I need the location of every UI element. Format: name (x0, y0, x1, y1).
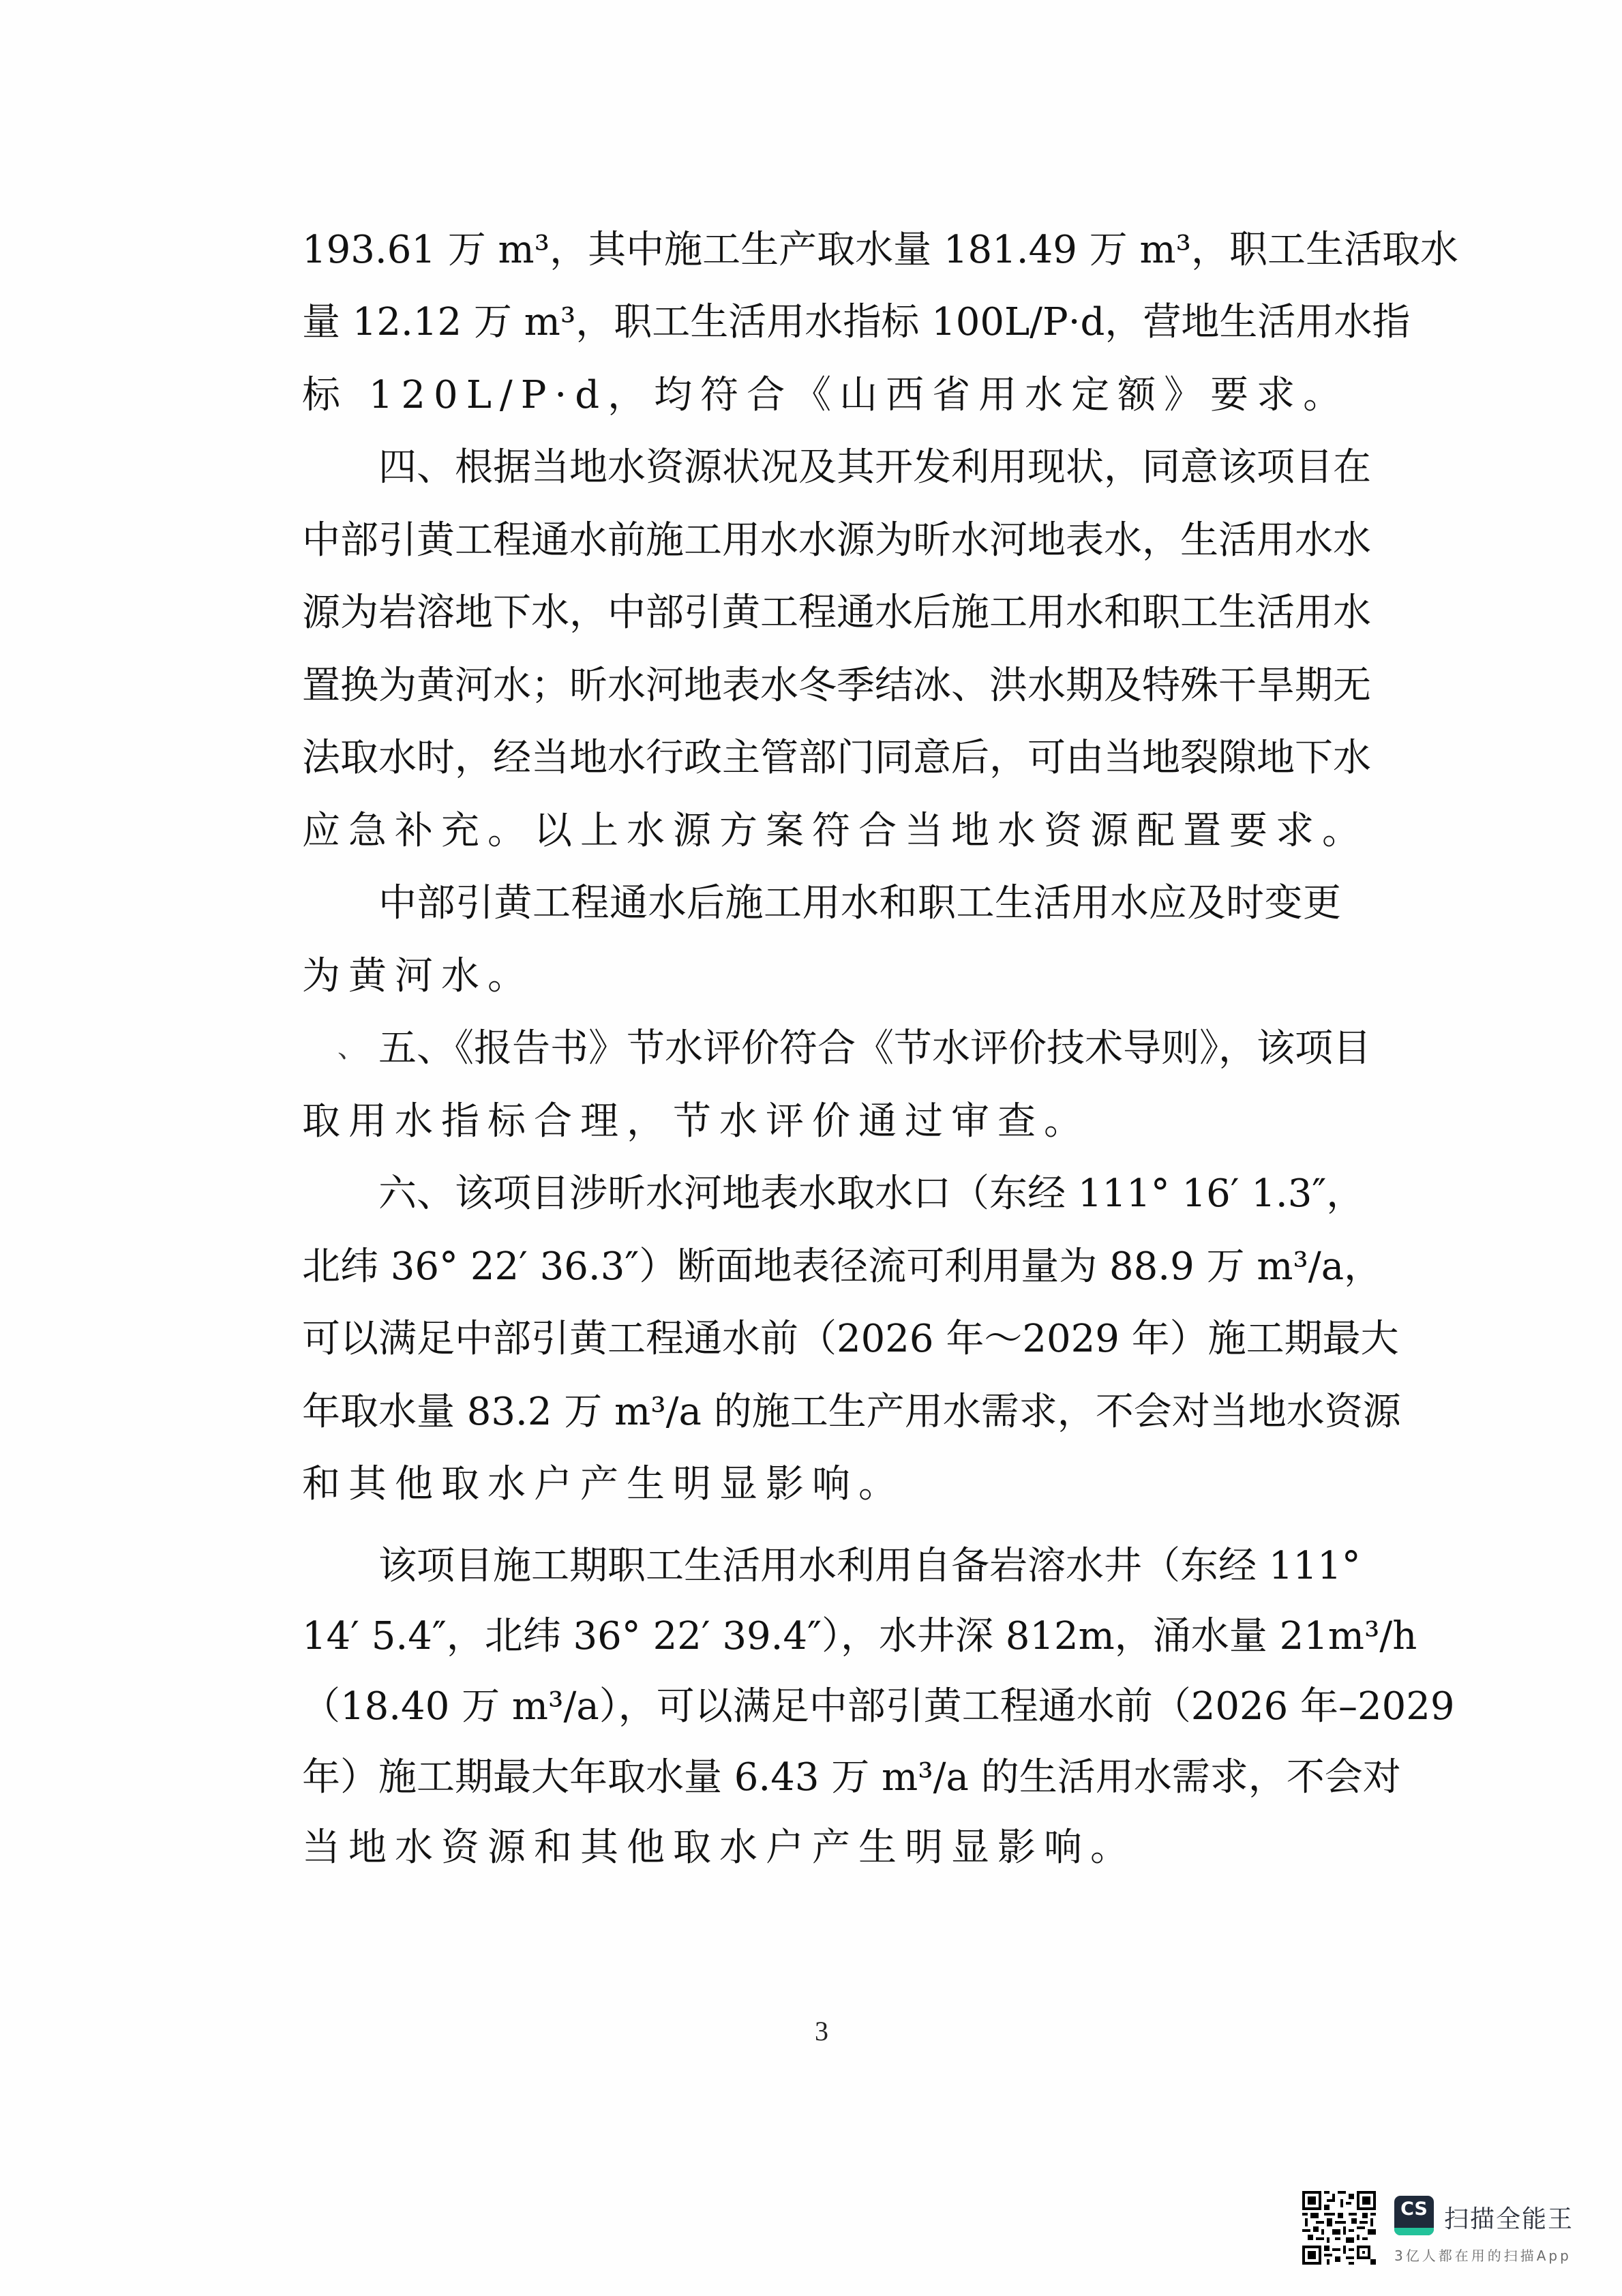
text-line-22: 年）施工期最大年取水量 6.43 万 m³/a 的生活用水需求，不会对 (302, 1750, 1341, 1805)
text-line-6: 源为岩溶地下水，中部引黄工程通水后施工用水和职工生活用水 (302, 586, 1341, 640)
text-line-11: 为黄河水。 (302, 949, 1341, 1004)
text-line-23: 当地水资源和其他取水户产生明显影响。 (302, 1821, 1341, 1875)
text-line-21: （18.40 万 m³/a），可以满足中部引黄工程通水前（2026 年–2029 (302, 1680, 1341, 1734)
text-line-10: 中部引黄工程通水后施工用水和职工生活用水应及时变更 (378, 876, 1341, 931)
text-line-16: 可以满足中部引黄工程通水前（2026 年～2029 年）施工期最大 (302, 1312, 1341, 1367)
scanned-page: 193.61 万 m³，其中施工生产取水量 181.49 万 m³，职工生活取水… (0, 0, 1622, 2296)
text-line-8: 法取水时，经当地水行政主管部门同意后，可由当地裂隙地下水 (302, 731, 1341, 786)
text-line-7: 置换为黄河水；昕水河地表水冬季结冰、洪水期及特殊干旱期无 (302, 659, 1341, 713)
text-line-3: 标 120L/P·d，均符合《山西省用水定额》要求。 (302, 368, 1341, 423)
qr-code-icon (1302, 2191, 1376, 2265)
logo-accent-bar (1394, 2228, 1434, 2235)
watermark-title: 扫描全能王 (1444, 2200, 1574, 2235)
stray-mark: 、 (337, 1026, 365, 1065)
text-line-2: 量 12.12 万 m³，职工生活用水指标 100L/P·d，营地生活用水指 (302, 295, 1341, 350)
page-number: 3 (815, 2015, 828, 2047)
text-line-15: 北纬 36° 22′ 36.3″）断面地表径流可利用量为 88.9 万 m³/a… (302, 1240, 1341, 1294)
text-line-1: 193.61 万 m³，其中施工生产取水量 181.49 万 m³，职工生活取水 (302, 223, 1341, 278)
camscanner-watermark: CS 扫描全能王 3亿人都在用的扫描App (1295, 2182, 1622, 2296)
text-line-13: 取用水指标合理，节水评价通过审查。 (302, 1094, 1341, 1149)
text-line-17: 年取水量 83.2 万 m³/a 的施工生产用水需求，不会对当地水资源 (302, 1385, 1341, 1440)
paragraph-4-line-1: 四、根据当地水资源状况及其开发利用现状，同意该项目在 (378, 441, 1341, 495)
text-line-19: 该项目施工期职工生活用水利用自备岩溶水井（东经 111° (378, 1539, 1341, 1594)
camscanner-logo-icon: CS (1394, 2196, 1434, 2235)
text-line-20: 14′ 5.4″，北纬 36° 22′ 39.4″），水井深 812m，涌水量 … (302, 1609, 1341, 1664)
watermark-subtitle: 3亿人都在用的扫描App (1394, 2245, 1572, 2265)
text-line-9: 应急补充。以上水源方案符合当地水资源配置要求。 (302, 804, 1341, 859)
logo-text: CS (1394, 2198, 1434, 2220)
paragraph-6-line-1: 六、该项目涉昕水河地表水取水口（东经 111° 16′ 1.3″， (378, 1167, 1341, 1221)
paragraph-5-line-1: 五、《报告书》节水评价符合《节水评价技术导则》，该项目 (378, 1022, 1341, 1076)
text-line-5: 中部引黄工程通水前施工用水水源为昕水河地表水，生活用水水 (302, 513, 1341, 568)
text-line-18: 和其他取水户产生明显影响。 (302, 1457, 1341, 1512)
